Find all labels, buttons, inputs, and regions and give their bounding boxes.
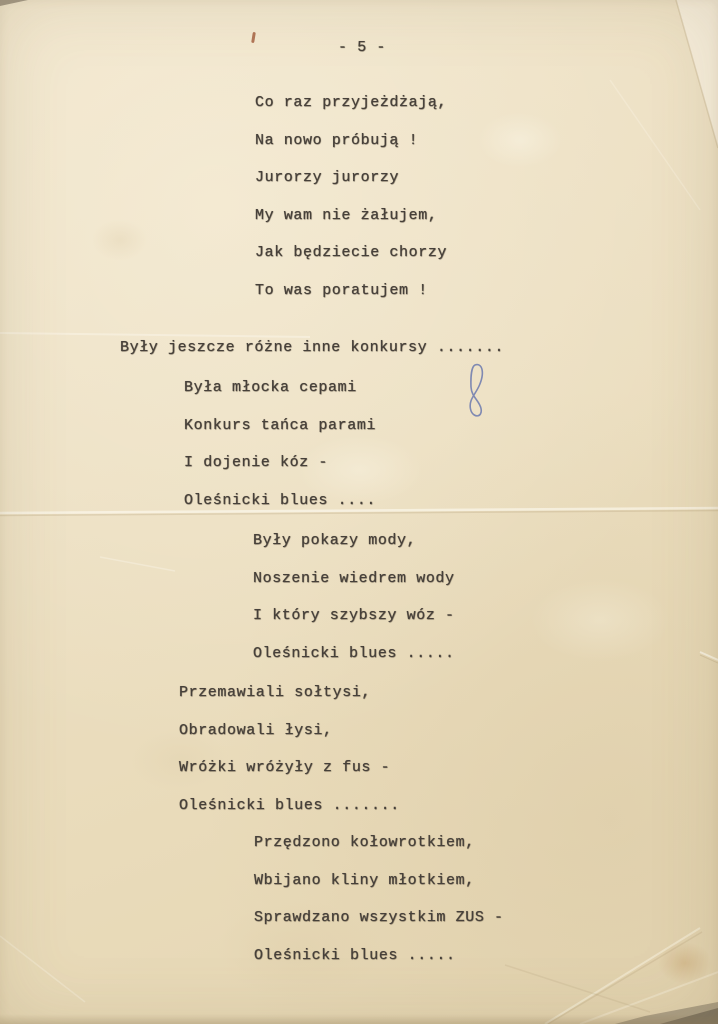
poem-line: I dojenie kóz - — [184, 444, 376, 482]
poem-line: My wam nie żałujem, — [255, 197, 447, 235]
stanza-1: Co raz przyjeżdżają, Na nowo próbują ! J… — [255, 84, 447, 309]
poem-line: Oleśnicki blues ..... — [254, 937, 504, 975]
page-number: - 5 - — [338, 29, 386, 67]
stanza-3: Była młocka cepami Konkurs tańca parami … — [184, 369, 376, 519]
poem-line: Noszenie wiedrem wody — [253, 560, 455, 598]
paper-stain — [658, 942, 712, 984]
scanner-edge-shadow — [0, 0, 28, 6]
stanza-2-intro-line: Były jeszcze różne inne konkursy ....... — [120, 329, 504, 367]
stanza-6: Przędzono kołowrotkiem, Wbijano kliny mł… — [254, 824, 504, 974]
poem-line: Oleśnicki blues .... — [184, 482, 376, 520]
ink-speck — [251, 32, 256, 43]
poem-line: I który szybszy wóz - — [253, 597, 455, 635]
poem-line: Jurorzy jurorzy — [255, 159, 447, 197]
poem-line: Na nowo próbują ! — [255, 122, 447, 160]
poem-line: Obradowali łysi, — [179, 712, 400, 750]
poem-line: Była młocka cepami — [184, 369, 376, 407]
poem-line: Konkurs tańca parami — [184, 407, 376, 445]
scanned-page: - 5 - Co raz przyjeżdżają, Na nowo próbu… — [0, 0, 718, 1024]
handwritten-numeral-8 — [458, 362, 492, 426]
stanza-4: Były pokazy mody, Noszenie wiedrem wody … — [253, 522, 455, 672]
bottom-edge-shadow — [0, 1014, 718, 1024]
poem-line: Przędzono kołowrotkiem, — [254, 824, 504, 862]
poem-line: Były pokazy mody, — [253, 522, 455, 560]
poem-line: Co raz przyjeżdżają, — [255, 84, 447, 122]
poem-line: Sprawdzano wszystkim ZUS - — [254, 899, 504, 937]
poem-line: Przemawiali sołtysi, — [179, 674, 400, 712]
poem-line: Oleśnicki blues ....... — [179, 787, 400, 825]
stanza-5: Przemawiali sołtysi, Obradowali łysi, Wr… — [179, 674, 400, 824]
poem-line: Oleśnicki blues ..... — [253, 635, 455, 673]
poem-line: Jak będziecie chorzy — [255, 234, 447, 272]
poem-line: To was poratujem ! — [255, 272, 447, 310]
poem-line: Wróżki wróżyły z fus - — [179, 749, 400, 787]
poem-line: Wbijano kliny młotkiem, — [254, 862, 504, 900]
poem-line: Były jeszcze różne inne konkursy ....... — [120, 329, 504, 367]
